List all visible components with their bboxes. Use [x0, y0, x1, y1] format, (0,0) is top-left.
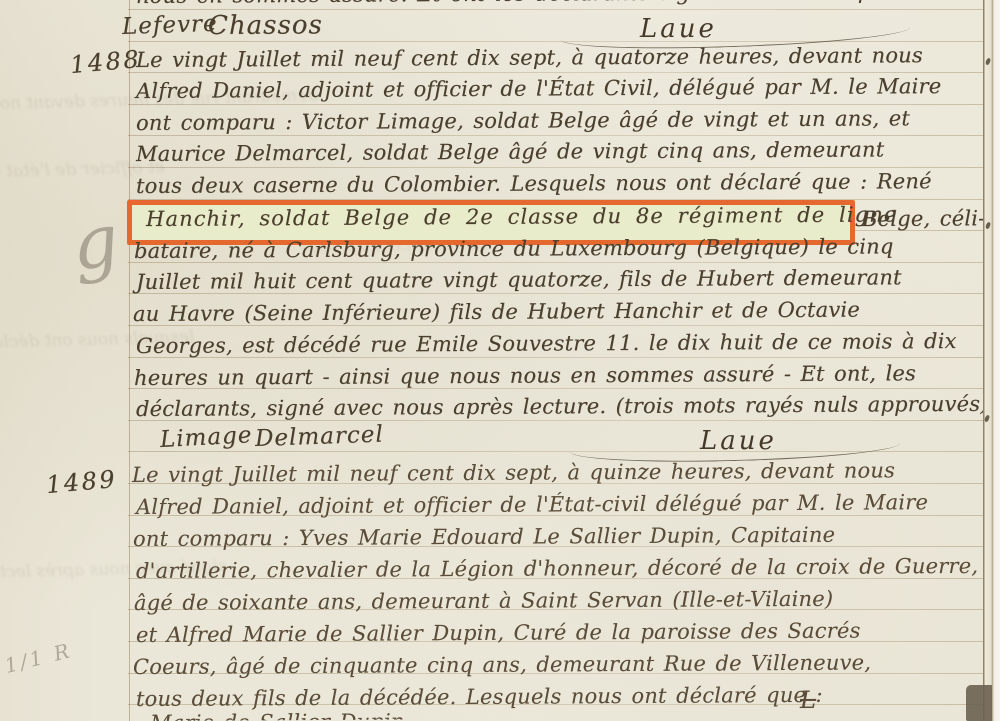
record-1489-line: Coeurs, âgé de cinquante cinq ans, demeu…	[133, 652, 871, 678]
record-1488-line: heures un quart - ainsi que nous nous en…	[134, 363, 916, 389]
clipped-line-fragment: Marie de Sallier Dupin	[150, 709, 850, 721]
signature: Limage	[159, 424, 253, 452]
record-1488-line: déclarants, signé avec nous après lectur…	[136, 394, 996, 420]
entry-number-1488: 1488	[69, 45, 142, 79]
record-1488-line: tous deux caserne du Colombier. Lesquels…	[136, 171, 932, 197]
record-1489-line: tous deux fils de la décédée. Lesquels n…	[136, 685, 823, 710]
record-1489-line: Le vingt Juillet mil neuf cent dix sept,…	[132, 460, 895, 486]
record-1488-line: Georges, est décédé rue Emile Souvestre …	[136, 331, 957, 357]
record-1488-line: Belge, céli-	[862, 208, 986, 230]
record-1489-line: Alfred Daniel, adjoint et officier de l'…	[136, 492, 928, 518]
signature: Delmarcel	[255, 424, 385, 451]
ruled-line	[128, 135, 984, 136]
signature: Lefevre	[122, 13, 218, 39]
register-page: demeurant rue des heures devant nous et …	[0, 0, 1000, 721]
record-1489-line: et Alfred Marie de Sallier Dupin, Curé d…	[136, 621, 861, 646]
entry-number-1489: 1489	[45, 465, 118, 499]
ruled-line	[128, 41, 984, 42]
officer-signature-flourish: Laue	[700, 426, 777, 456]
record-1489-line: d'artillerie, chevalier de la Légion d'h…	[136, 556, 978, 582]
binding-shadow	[966, 685, 992, 721]
officer-signature-flourish: Laue	[640, 14, 717, 44]
record-1488-line: Alfred Daniel, adjoint et officier de l'…	[136, 76, 942, 102]
ruled-line	[128, 293, 984, 294]
record-1489-line: ont comparu : Yves Marie Edouard Le Sall…	[133, 525, 835, 550]
record-1488-line: Maurice Delmarcel, soldat Belge âgé de v…	[136, 139, 884, 165]
previous-record-fragment: nous en sommes assuré. Et ont les déclar…	[136, 0, 998, 7]
record-1488-line: bataire, né à Carlsburg, province du Lux…	[134, 236, 894, 262]
record-1488-line: Juillet mil huit cent quatre vingt quato…	[136, 267, 902, 293]
record-1488-line: au Havre (Seine Inférieure) fils de Hube…	[133, 300, 860, 325]
record-1489-line: âgé de soixante ans, demeurant à Saint S…	[134, 589, 833, 614]
record-1488-line: Le vingt Juillet mil neuf cent dix sept,…	[136, 45, 923, 71]
highlighted-record-text: Hanchir, soldat Belge de 2e classe du 8e…	[146, 204, 897, 230]
pencil-margin-note: 1/1 R	[2, 638, 74, 678]
page-binding-edge	[983, 0, 1000, 721]
signature: Chassos	[208, 12, 323, 39]
ruled-line	[128, 167, 984, 168]
pencil-letter-mark: g	[66, 197, 123, 287]
record-1488-line: ont comparu : Victor Limage, soldat Belg…	[136, 108, 910, 134]
ruled-line	[128, 72, 984, 73]
